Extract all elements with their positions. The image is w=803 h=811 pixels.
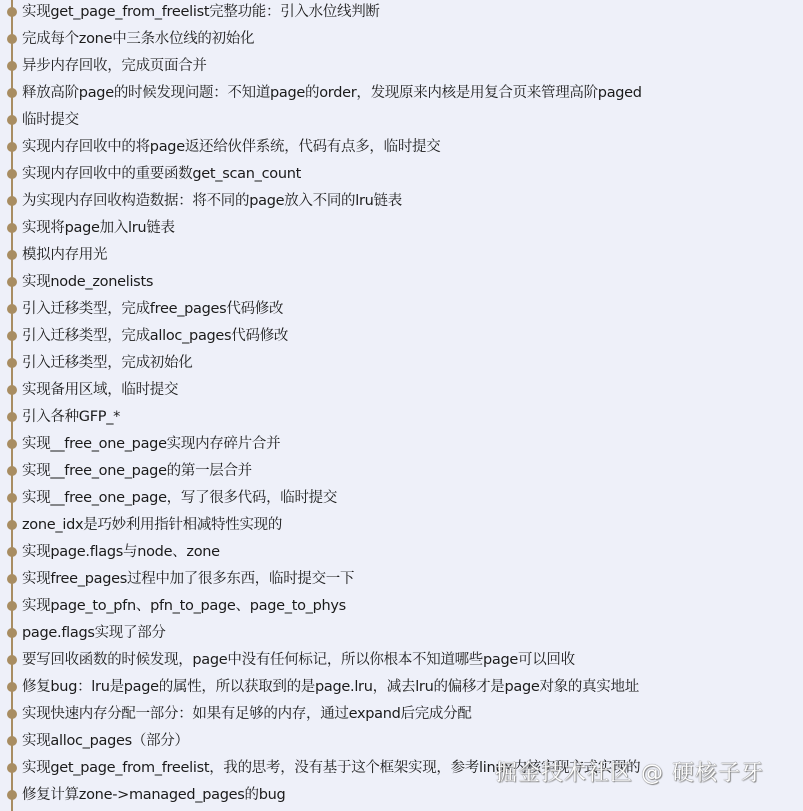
commit-message: 实现将page加入lru链表 <box>22 216 175 240</box>
commit-message: 实现内存回收中的重要函数get_scan_count <box>22 162 301 186</box>
timeline-dot-icon <box>7 736 17 746</box>
timeline-dot-icon <box>7 385 17 395</box>
commit-message: 实现__free_one_page实现内存碎片合并 <box>22 432 280 456</box>
commit-item[interactable]: 实现get_page_from_freelist，我的思考，没有基于这个框架实现… <box>0 756 642 783</box>
commit-item[interactable]: 引入各种GFP_* <box>0 405 642 432</box>
commit-item[interactable]: page.flags实现了部分 <box>0 621 642 648</box>
commit-item[interactable]: 实现free_pages过程中加了很多东西，临时提交一下 <box>0 567 642 594</box>
timeline-dot-icon <box>7 682 17 692</box>
timeline-dot-icon <box>7 655 17 665</box>
commit-message: page.flags实现了部分 <box>22 621 166 645</box>
commit-item[interactable]: 实现page_to_pfn、pfn_to_page、page_to_phys <box>0 594 642 621</box>
commit-timeline: 实现get_page_from_freelist完整功能：引入水位线判断 完成每… <box>0 0 803 811</box>
timeline-dot-icon <box>7 574 17 584</box>
commit-message: 释放高阶page的时候发现问题：不知道page的order，发现原来内核是用复合… <box>22 81 642 105</box>
commit-item[interactable]: 要写回收函数的时候发现，page中没有任何标记，所以你根本不知道哪些page可以… <box>0 648 642 675</box>
commit-message: 实现free_pages过程中加了很多东西，临时提交一下 <box>22 567 354 591</box>
commit-item[interactable]: 临时提交 <box>0 108 642 135</box>
timeline-dot-icon <box>7 790 17 800</box>
timeline-dot-icon <box>7 763 17 773</box>
commit-item[interactable]: 为实现内存回收构造数据：将不同的page放入不同的lru链表 <box>0 189 642 216</box>
commit-item[interactable]: 异步内存回收，完成页面合并 <box>0 54 642 81</box>
commit-item[interactable]: 实现__free_one_page，写了很多代码，临时提交 <box>0 486 642 513</box>
timeline-dot-icon <box>7 277 17 287</box>
timeline-dot-icon <box>7 61 17 71</box>
commit-item[interactable]: 模拟内存用光 <box>0 243 642 270</box>
commit-message: 实现page.flags与node、zone <box>22 540 220 564</box>
commit-message: 实现备用区域，临时提交 <box>22 378 178 402</box>
timeline-dot-icon <box>7 88 17 98</box>
commit-item[interactable]: 完成每个zone中三条水位线的初始化 <box>0 27 642 54</box>
commit-item[interactable]: 实现内存回收中的重要函数get_scan_count <box>0 162 642 189</box>
commit-item[interactable]: 实现__free_one_page的第一层合并 <box>0 459 642 486</box>
commit-item[interactable]: zone_idx是巧妙利用指针相减特性实现的 <box>0 513 642 540</box>
commit-message: 引入各种GFP_* <box>22 405 120 429</box>
commit-item[interactable]: 引入迁移类型，完成alloc_pages代码修改 <box>0 324 642 351</box>
commit-message: 模拟内存用光 <box>22 243 107 267</box>
timeline-dot-icon <box>7 358 17 368</box>
commit-item[interactable]: 实现get_page_from_freelist完整功能：引入水位线判断 <box>0 0 642 27</box>
commit-message: 完成每个zone中三条水位线的初始化 <box>22 27 254 51</box>
timeline-dot-icon <box>7 439 17 449</box>
commit-item[interactable]: 释放高阶page的时候发现问题：不知道page的order，发现原来内核是用复合… <box>0 81 642 108</box>
commit-item[interactable]: 实现内存回收中的将page返还给伙伴系统，代码有点多，临时提交 <box>0 135 642 162</box>
commit-item[interactable]: 实现page.flags与node、zone <box>0 540 642 567</box>
timeline-dot-icon <box>7 547 17 557</box>
timeline-dot-icon <box>7 250 17 260</box>
timeline-dot-icon <box>7 223 17 233</box>
timeline-dot-icon <box>7 7 17 17</box>
commit-item[interactable]: 引入迁移类型，完成初始化 <box>0 351 642 378</box>
timeline-dot-icon <box>7 34 17 44</box>
commit-item[interactable]: 实现备用区域，临时提交 <box>0 378 642 405</box>
commit-message: 为实现内存回收构造数据：将不同的page放入不同的lru链表 <box>22 189 402 213</box>
timeline-dot-icon <box>7 520 17 530</box>
commit-message: 临时提交 <box>22 108 79 132</box>
commit-message: 修复bug：lru是page的属性，所以获取到的是page.lru，减去lru的… <box>22 675 639 699</box>
commit-message: 异步内存回收，完成页面合并 <box>22 54 207 78</box>
timeline-dot-icon <box>7 196 17 206</box>
timeline-dot-icon <box>7 601 17 611</box>
commit-message: 实现alloc_pages（部分） <box>22 729 189 753</box>
commit-message: 引入迁移类型，完成alloc_pages代码修改 <box>22 324 288 348</box>
timeline-dot-icon <box>7 628 17 638</box>
timeline-dot-icon <box>7 466 17 476</box>
commit-item[interactable]: 修复计算zone->managed_pages的bug <box>0 783 642 810</box>
commit-message: 实现node_zonelists <box>22 270 153 294</box>
commit-item[interactable]: 实现alloc_pages（部分） <box>0 729 642 756</box>
commit-message: 实现__free_one_page，写了很多代码，临时提交 <box>22 486 337 510</box>
commit-message: 引入迁移类型，完成free_pages代码修改 <box>22 297 283 321</box>
commit-item[interactable]: 实现快速内存分配一部分：如果有足够的内存，通过expand后完成分配 <box>0 702 642 729</box>
timeline-dot-icon <box>7 304 17 314</box>
commit-message: 实现快速内存分配一部分：如果有足够的内存，通过expand后完成分配 <box>22 702 472 726</box>
timeline-dot-icon <box>7 493 17 503</box>
commit-message: 实现page_to_pfn、pfn_to_page、page_to_phys <box>22 594 346 618</box>
commit-message: zone_idx是巧妙利用指针相减特性实现的 <box>22 513 282 537</box>
timeline-dot-icon <box>7 142 17 152</box>
commit-message: 实现get_page_from_freelist完整功能：引入水位线判断 <box>22 0 380 24</box>
timeline-dot-icon <box>7 169 17 179</box>
timeline-dot-icon <box>7 709 17 719</box>
timeline-dot-icon <box>7 412 17 422</box>
commit-message: 修复计算zone->managed_pages的bug <box>22 783 285 807</box>
commit-message: 实现__free_one_page的第一层合并 <box>22 459 252 483</box>
commit-item[interactable]: 实现node_zonelists <box>0 270 642 297</box>
commit-item[interactable]: 引入迁移类型，完成free_pages代码修改 <box>0 297 642 324</box>
commit-message: 要写回收函数的时候发现，page中没有任何标记，所以你根本不知道哪些page可以… <box>22 648 575 672</box>
commit-message: 实现内存回收中的将page返还给伙伴系统，代码有点多，临时提交 <box>22 135 440 159</box>
commit-message: 实现get_page_from_freelist，我的思考，没有基于这个框架实现… <box>22 756 640 780</box>
commit-item[interactable]: 实现将page加入lru链表 <box>0 216 642 243</box>
commit-list: 实现get_page_from_freelist完整功能：引入水位线判断 完成每… <box>0 0 642 810</box>
timeline-dot-icon <box>7 115 17 125</box>
commit-item[interactable]: 实现__free_one_page实现内存碎片合并 <box>0 432 642 459</box>
commit-item[interactable]: 修复bug：lru是page的属性，所以获取到的是page.lru，减去lru的… <box>0 675 642 702</box>
commit-message: 引入迁移类型，完成初始化 <box>22 351 192 375</box>
timeline-dot-icon <box>7 331 17 341</box>
